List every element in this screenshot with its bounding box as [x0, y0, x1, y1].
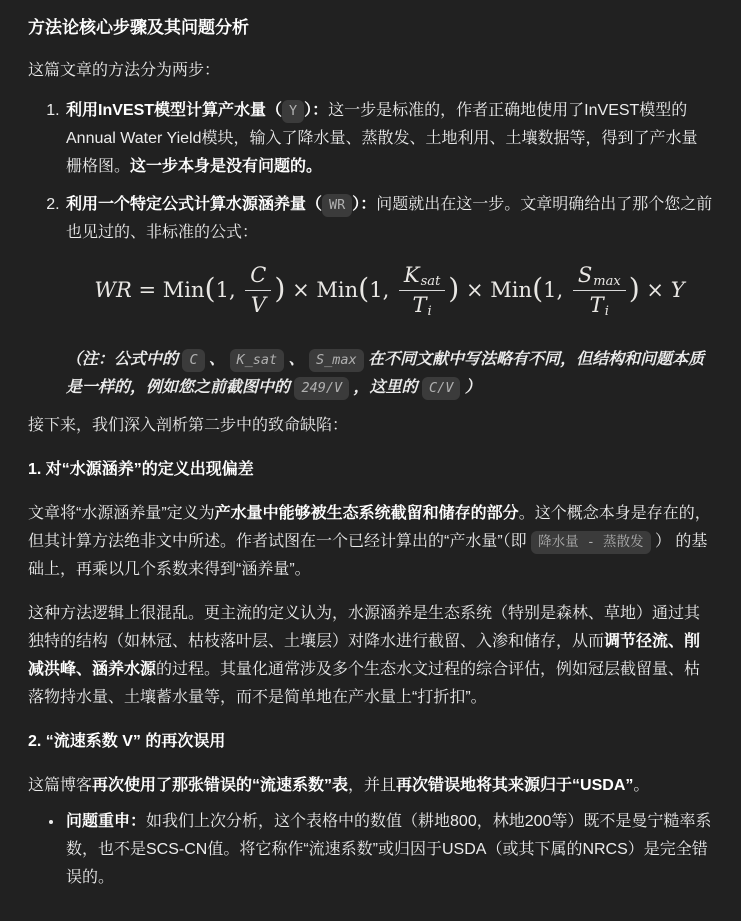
- bullet-list: 问题重申：如我们上次分析，这个表格中的数值（耕地800，林地200等）既不是曼宁…: [28, 808, 713, 892]
- section-1-paragraph-1: 文章将“水源涵养量”定义为产水量中能够被生态系统截留和储存的部分。这个概念本身是…: [28, 500, 713, 584]
- text-run: 。: [633, 777, 649, 794]
- text-run: 文章将“水源涵养量”定义为: [28, 505, 215, 522]
- text-run: 这种方法逻辑上很混乱。更主流的定义认为，水源涵养是生态系统（特别是森林、草地）通…: [28, 605, 700, 650]
- text-run: 、: [205, 351, 230, 368]
- inline-code: S_max: [309, 349, 364, 372]
- text-run: 这篇博客: [28, 777, 92, 794]
- step-item-1: 利用InVEST模型计算产水量（Y）：这一步是标准的，作者正确地使用了InVES…: [64, 97, 713, 181]
- bold-text: ）：: [304, 102, 328, 119]
- formula-note: （注：公式中的 C 、 K_sat 、 S_max 在不同文献中写法略有不同，但…: [66, 346, 713, 402]
- section-1-heading: 1. 对“水源涵养”的定义出现偏差: [28, 456, 713, 484]
- bold-text: 利用一个特定公式计算水源涵养量（: [66, 196, 322, 213]
- bold-text: 利用InVEST模型计算产水量（: [66, 102, 282, 119]
- inline-code: C: [182, 349, 204, 372]
- step-item-2: 利用一个特定公式计算水源涵养量（WR）：问题就出在这一步。文章明确给出了那个您之…: [64, 191, 713, 402]
- steps-list: 利用InVEST模型计算产水量（Y）：这一步是标准的，作者正确地使用了InVES…: [28, 97, 713, 402]
- text-run: 如我们上次分析，这个表格中的数值（耕地800，林地200等）既不是曼宁糙率系数，…: [66, 813, 711, 886]
- transition-paragraph: 接下来，我们深入剖析第二步中的致命缺陷：: [28, 412, 713, 440]
- inline-code: Y: [282, 100, 304, 123]
- fraction: CV: [245, 265, 271, 316]
- section-2-heading: 2. “流速系数 V” 的再次误用: [28, 728, 713, 756]
- section-2-paragraph-1: 这篇博客再次使用了那张错误的“流速系数”表，并且再次错误地将其来源归于“USDA…: [28, 772, 713, 800]
- intro-paragraph: 这篇文章的方法分为两步：: [28, 57, 713, 85]
- text-run: ）: [460, 379, 480, 396]
- inline-code: 249/V: [294, 377, 349, 400]
- fraction: SmaxTi: [573, 265, 626, 316]
- inline-code: C/V: [422, 377, 460, 400]
- step-2-text: 利用一个特定公式计算水源涵养量（WR）：问题就出在这一步。文章明确给出了那个您之…: [66, 196, 712, 241]
- formula-row: WR = Min(1, CV) × Min(1, KsatTi) × Min(1…: [94, 265, 684, 316]
- section-1-paragraph-2: 这种方法逻辑上很混乱。更主流的定义认为，水源涵养是生态系统（特别是森林、草地）通…: [28, 600, 713, 712]
- math-formula: WR = Min(1, CV) × Min(1, KsatTi) × Min(1…: [66, 265, 713, 316]
- inline-code: K_sat: [230, 349, 285, 372]
- text-run: ，这里的: [349, 379, 422, 396]
- bold-text: 再次使用了那张错误的“流速系数”表: [92, 777, 348, 794]
- inline-code: WR: [322, 194, 352, 217]
- text-run: 、: [284, 351, 309, 368]
- inline-code: 降水量 - 蒸散发: [531, 531, 650, 554]
- assistant-message: 方法论核心步骤及其问题分析 这篇文章的方法分为两步： 利用InVEST模型计算产…: [0, 0, 741, 892]
- bullet-item: 问题重申：如我们上次分析，这个表格中的数值（耕地800，林地200等）既不是曼宁…: [64, 808, 713, 892]
- bullet-text: 问题重申：如我们上次分析，这个表格中的数值（耕地800，林地200等）既不是曼宁…: [66, 813, 711, 886]
- text-run: ，并且: [348, 777, 396, 794]
- step-1-text: 利用InVEST模型计算产水量（Y）：这一步是标准的，作者正确地使用了InVES…: [66, 102, 698, 175]
- bold-text: 这一步本身是没有问题的。: [130, 158, 322, 175]
- bold-text: 再次错误地将其来源归于“USDA”: [396, 777, 633, 794]
- message-title: 方法论核心步骤及其问题分析: [28, 14, 713, 42]
- text-run: （注：公式中的: [66, 351, 182, 368]
- bold-text: 问题重申：: [66, 813, 146, 830]
- fraction: KsatTi: [399, 265, 445, 316]
- bold-text: 产水量中能够被生态系统截留和储存的部分: [215, 505, 519, 522]
- bold-text: ）：: [352, 196, 376, 213]
